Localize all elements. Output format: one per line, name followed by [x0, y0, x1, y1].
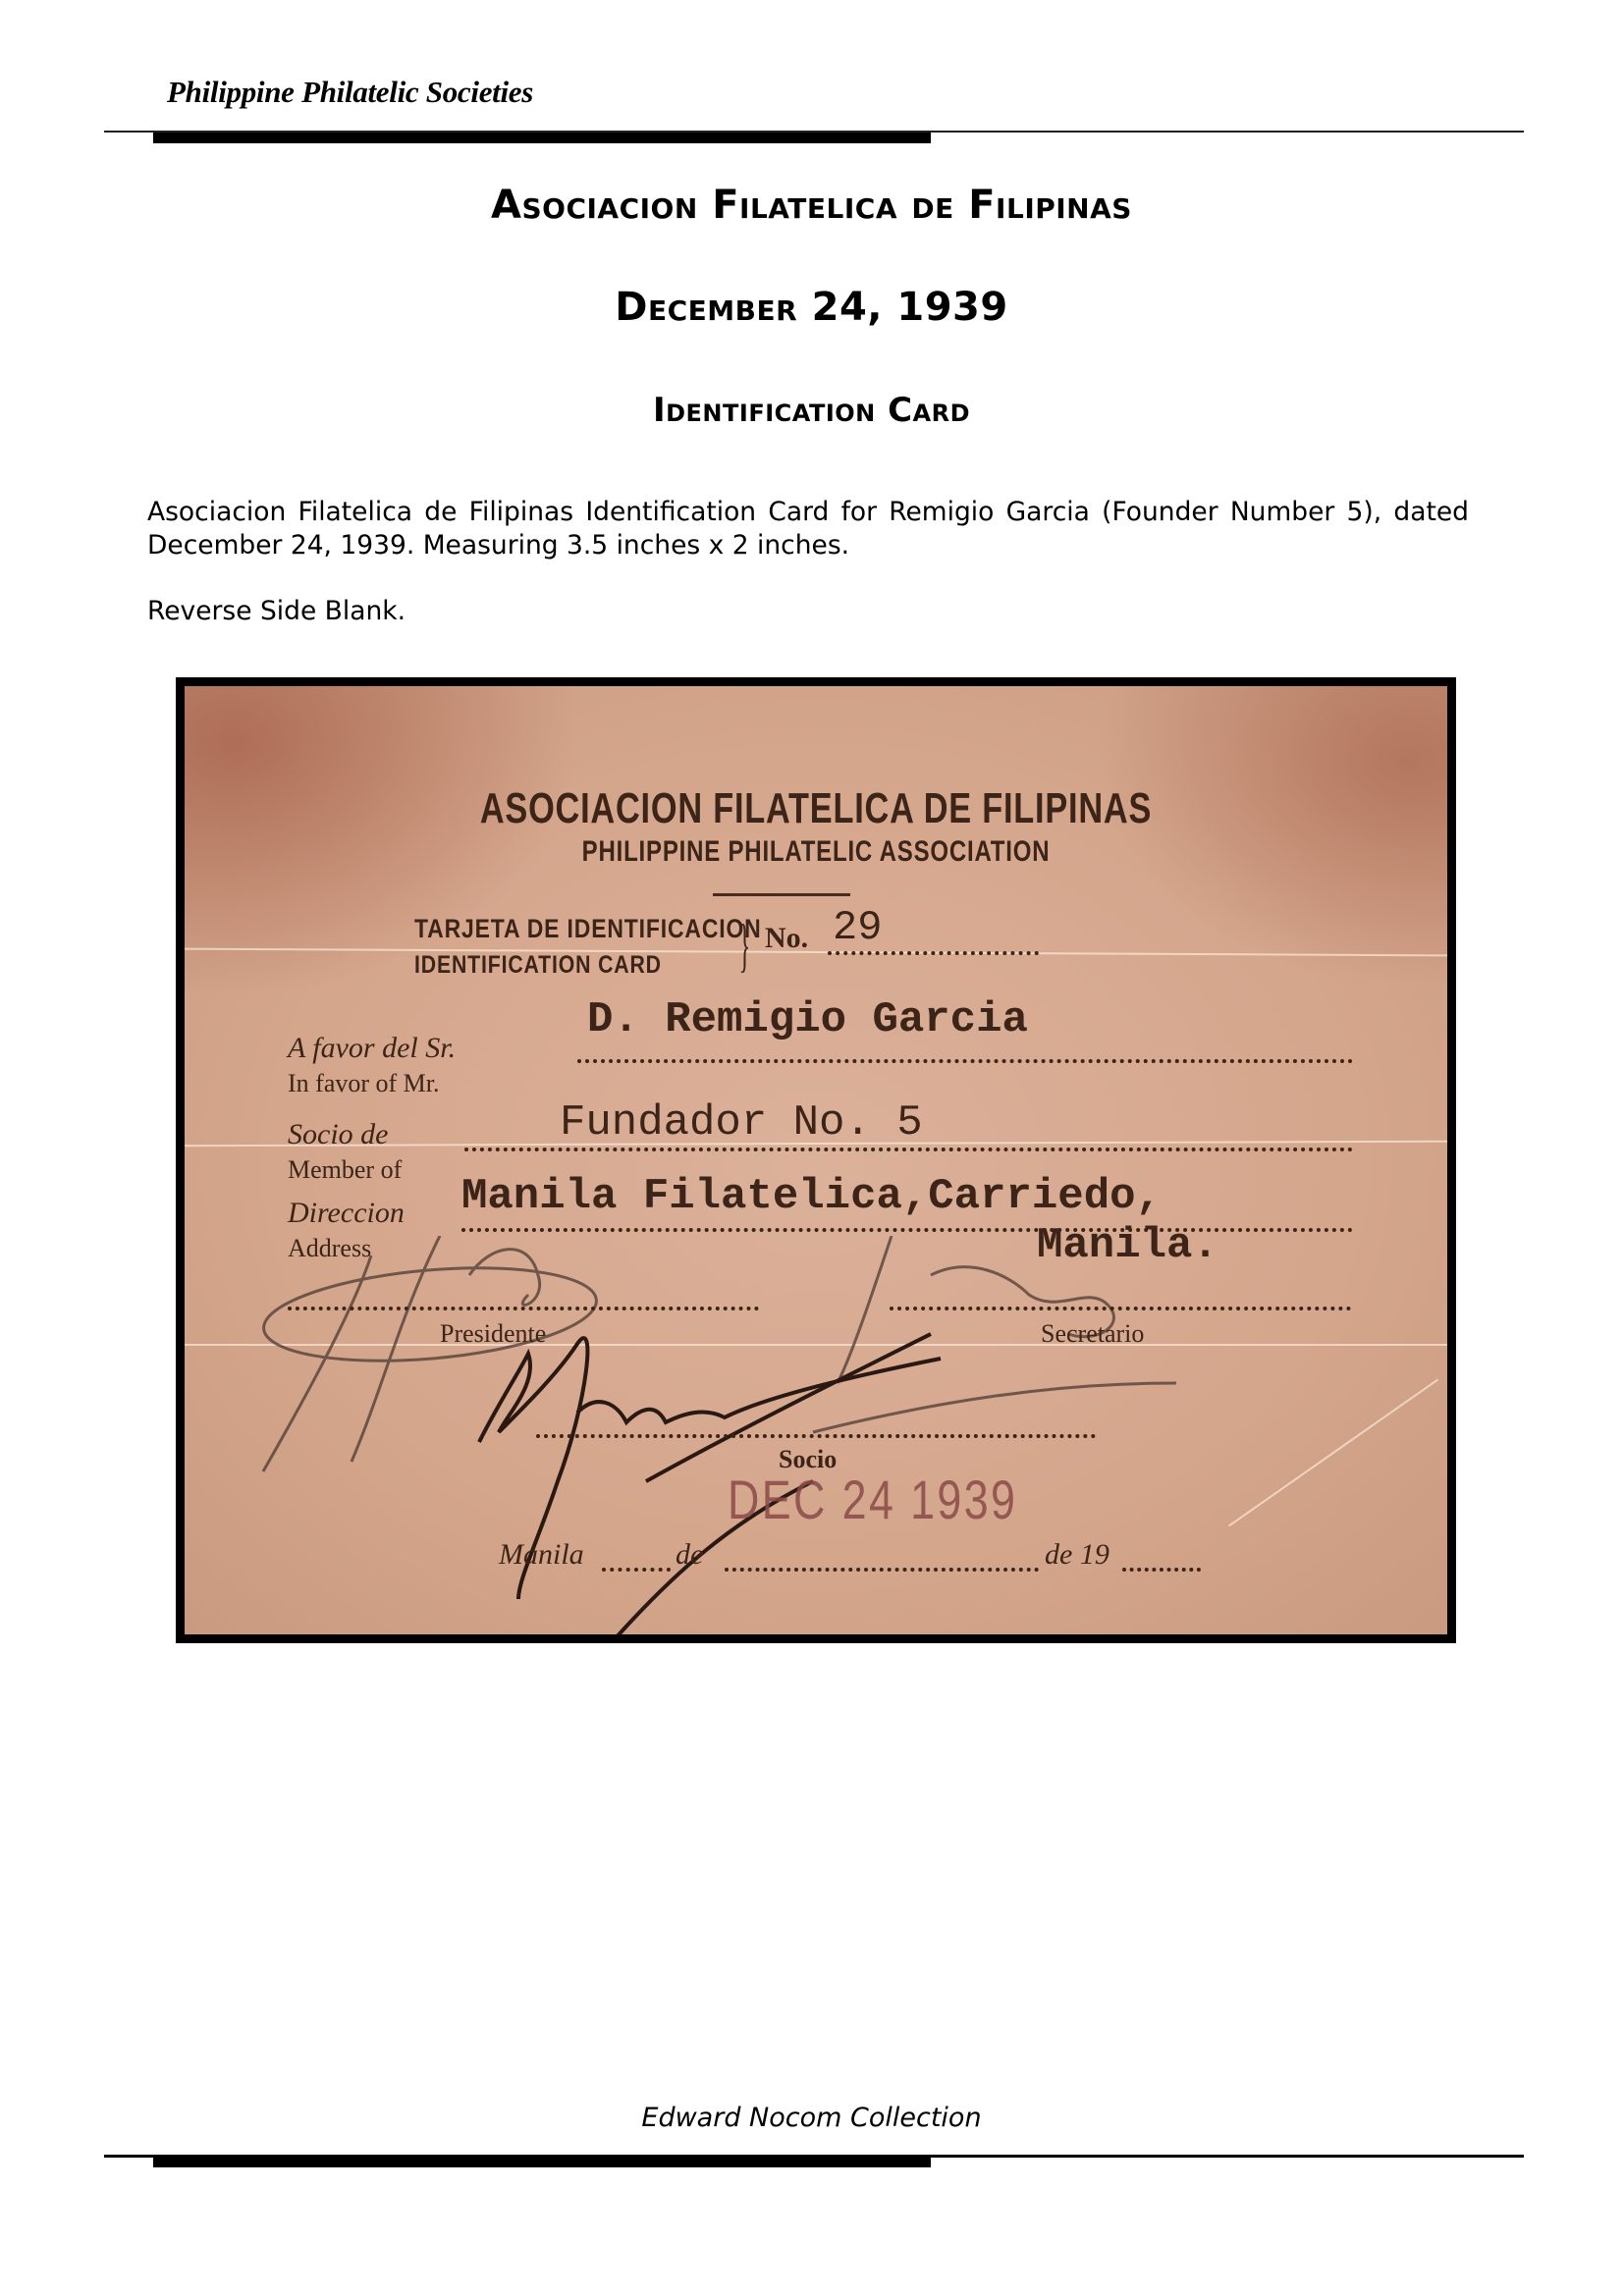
- card-de-label: de: [676, 1538, 703, 1572]
- card-de-19-label: de 19: [1045, 1538, 1109, 1572]
- id-card-image-frame: ASOCIACION FILATELICA DE FILIPINAS PHILI…: [176, 677, 1456, 1643]
- footer-rule-thick: [153, 2157, 931, 2167]
- dotted-line: [1122, 1568, 1201, 1572]
- card-number-value: 29: [833, 904, 882, 951]
- dotted-line: [536, 1434, 1096, 1438]
- card-number-label: No.: [765, 922, 808, 955]
- dotted-line: [602, 1568, 671, 1572]
- card-manila-label: Manila: [499, 1538, 584, 1572]
- card-address-label-es: Direccion: [288, 1197, 405, 1230]
- footer-collection: Edward Nocom Collection: [0, 2103, 1623, 2133]
- card-socio-label-es: Socio de: [288, 1118, 388, 1151]
- card-secretario-label: Secretario: [1041, 1319, 1144, 1349]
- dotted-line: [828, 951, 1039, 955]
- card-brace: }: [739, 912, 751, 980]
- running-header-title: Philippine Philatelic Societies: [167, 75, 533, 110]
- header-rule-thick: [153, 133, 931, 143]
- card-presidente-label: Presidente: [440, 1319, 546, 1349]
- card-socio-value: Fundador No. 5: [560, 1098, 923, 1148]
- card-tarjeta-label: TARJETA DE IDENTIFICACION: [414, 914, 762, 944]
- dotted-line: [725, 1568, 1039, 1572]
- card-favor-value: D. Remigio Garcia: [587, 995, 1028, 1044]
- dotted-line: [577, 1059, 1353, 1063]
- card-crease: [185, 948, 1447, 957]
- page-title: Asociacion Filatelica de Filipinas: [0, 183, 1623, 228]
- card-date-stamp: DEC 24 1939: [728, 1468, 1017, 1531]
- page-subtitle: Identification Card: [0, 391, 1623, 430]
- dotted-line: [461, 1228, 1353, 1232]
- card-favor-label-es: A favor del Sr.: [288, 1032, 456, 1065]
- page-date-heading: December 24, 1939: [0, 285, 1623, 330]
- dotted-line: [890, 1307, 1351, 1310]
- card-heading-spanish: ASOCIACION FILATELICA DE FILIPINAS: [323, 784, 1308, 833]
- reverse-note: Reverse Side Blank.: [147, 595, 1469, 628]
- card-divider: [713, 893, 850, 896]
- dotted-line: [288, 1307, 759, 1310]
- card-heading-english: PHILIPPINE PHILATELIC ASSOCIATION: [311, 835, 1322, 869]
- description-paragraph: Asociacion Filatelica de Filipinas Ident…: [147, 496, 1469, 562]
- card-address-line1: Manila Filatelica,Carriedo,: [461, 1172, 1162, 1221]
- card-favor-label-en: In favor of Mr.: [288, 1069, 440, 1098]
- card-id-label: IDENTIFICATION CARD: [414, 951, 662, 980]
- id-card: ASOCIACION FILATELICA DE FILIPINAS PHILI…: [185, 686, 1447, 1634]
- dotted-line: [464, 1148, 1353, 1151]
- card-socio-label-en: Member of: [288, 1155, 402, 1185]
